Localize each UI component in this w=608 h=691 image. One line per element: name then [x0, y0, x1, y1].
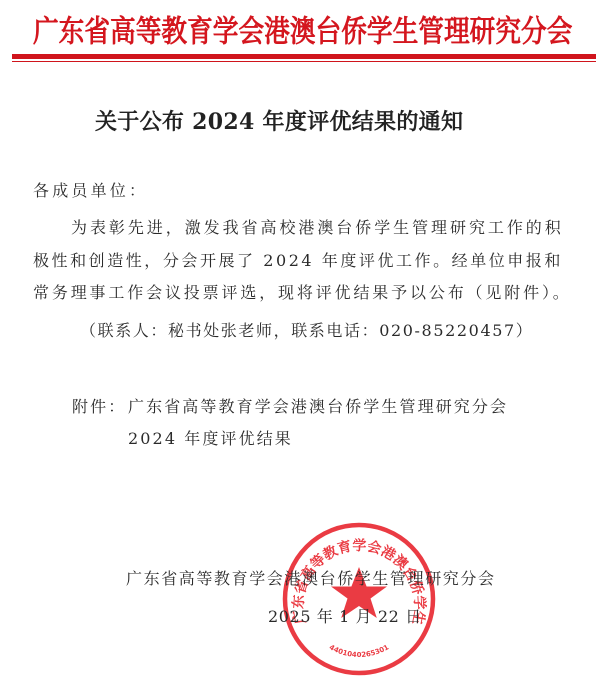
signature-date: 2025 年 1 月 22 日 [268, 606, 422, 628]
paragraph-line-2: 极性和创造性，分会开展了 2024 年度评优工作。经单位申报和 [33, 250, 563, 272]
attachment-title-line-2[interactable]: 2024 年度评优结果 [128, 428, 293, 450]
official-seal: 广东省高等教育学会港澳台侨学生管理研究分会 4401040265301 [279, 519, 439, 679]
paragraph-line-1: 为表彰先进，激发我省高校港澳台侨学生管理研究工作的积 [71, 217, 564, 239]
salutation: 各成员单位： [33, 180, 148, 202]
organization-header: 广东省高等教育学会港澳台侨学生管理研究分会 [33, 12, 573, 52]
paragraph-line-3: 常务理事工作会议投票评选，现将评优结果予以公布（见附件）。 [33, 282, 572, 304]
header-rule-thin [12, 61, 596, 62]
attachment-title-line-1[interactable]: 广东省高等教育学会港澳台侨学生管理研究分会 [128, 396, 508, 418]
signature-organization: 广东省高等教育学会港澳台侨学生管理研究分会 [126, 568, 496, 590]
header-rule-thick [12, 54, 596, 59]
attachment-label: 附件： [72, 396, 126, 418]
seal-code: 4401040265301 [328, 643, 391, 659]
contact-info: （联系人：秘书处张老师，联系电话：020-85220457） [80, 320, 533, 342]
document-title: 关于公布 2024 年度评优结果的通知 [95, 107, 463, 137]
seal-ring [285, 525, 433, 673]
